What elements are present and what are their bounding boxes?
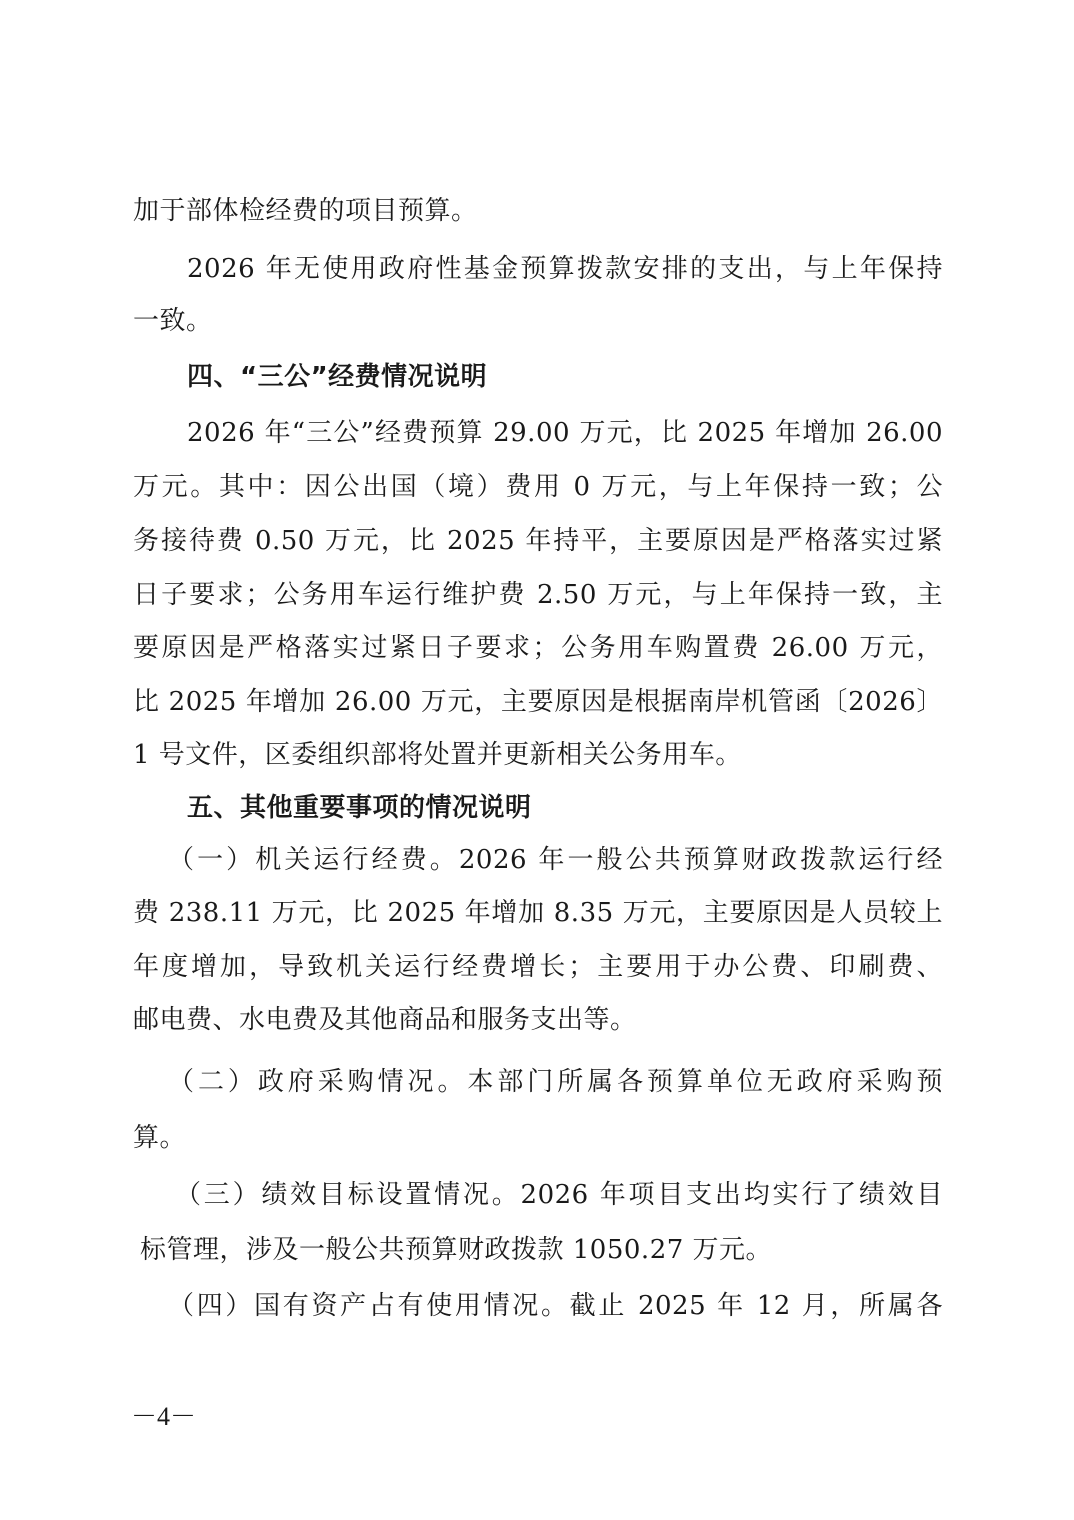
text-line: （一）机关运行经费。2026 年一般公共预算财政拨款运行经 <box>168 845 943 875</box>
text-line: 务接待费 0.50 万元，比 2025 年持平，主要原因是严格落实过紧 <box>133 526 943 556</box>
text-line: 2026 年无使用政府性基金预算拨款安排的支出，与上年保持 <box>187 254 943 284</box>
section-heading: 四、“三公”经费情况说明 <box>187 362 487 392</box>
section-heading: 五、其他重要事项的情况说明 <box>187 793 532 823</box>
document-page: 加于部体检经费的项目预算。2026 年无使用政府性基金预算拨款安排的支出，与上年… <box>0 0 1074 1520</box>
text-line: 邮电费、水电费及其他商品和服务支出等。 <box>133 1005 637 1035</box>
text-line: 要原因是严格落实过紧日子要求；公务用车购置费 26.00 万元， <box>133 633 943 663</box>
text-line: （三）绩效目标设置情况。2026 年项目支出均实行了绩效目 <box>175 1180 943 1210</box>
text-line: 日子要求；公务用车运行维护费 2.50 万元，与上年保持一致，主 <box>133 580 943 610</box>
text-line: 一致。 <box>133 306 213 336</box>
page-number: －4－ <box>131 1396 196 1433</box>
text-line: 费 238.11 万元，比 2025 年增加 8.35 万元，主要原因是人员较上 <box>133 898 943 928</box>
text-line: 2026 年“三公”经费预算 29.00 万元，比 2025 年增加 26.00 <box>187 418 943 448</box>
text-line: 万元。其中：因公出国（境）费用 0 万元，与上年保持一致；公 <box>133 472 943 502</box>
text-line: 年度增加，导致机关运行经费增长；主要用于办公费、印刷费、 <box>133 952 943 982</box>
text-line: 标管理，涉及一般公共预算财政拨款 1050.27 万元。 <box>140 1235 772 1265</box>
text-line: （二）政府采购情况。本部门所属各预算单位无政府采购预 <box>168 1067 943 1097</box>
text-line: 加于部体检经费的项目预算。 <box>133 196 478 226</box>
text-line: （四）国有资产占有使用情况。截止 2025 年 12 月，所属各 <box>168 1291 943 1321</box>
text-line: 算。 <box>133 1123 186 1153</box>
text-line: 1 号文件，区委组织部将处置并更新相关公务用车。 <box>133 740 742 770</box>
text-line: 比 2025 年增加 26.00 万元，主要原因是根据南岸机管函〔2026〕 <box>133 687 943 717</box>
